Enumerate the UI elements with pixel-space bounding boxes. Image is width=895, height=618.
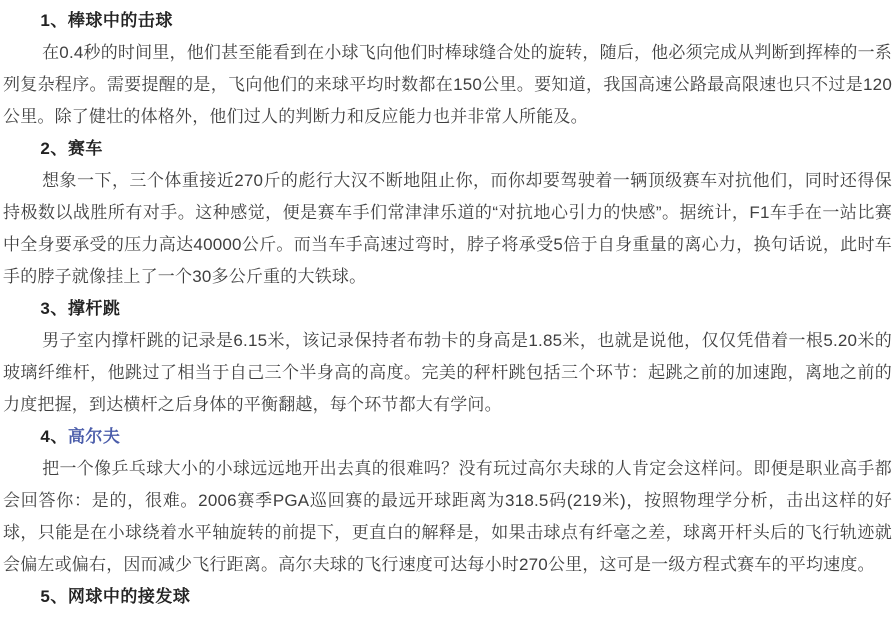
section-title: 撑杆跳 [68,299,121,318]
section-paragraph: 把一个像乒乓球大小的小球远远地开出去真的很难吗？没有玩过高尔夫球的人肯定会这样问… [3,453,892,581]
section-racing: 2、赛车 想象一下，三个体重接近270斤的彪行大汉不断地阻止你，而你却要驾驶着一… [3,133,892,293]
section-tennis: 5、网球中的接发球 [3,581,892,613]
section-title: 棒球中的击球 [68,11,173,30]
section-title: 网球中的接发球 [68,587,191,606]
section-paragraph: 在0.4秒的时间里，他们甚至能看到在小球飞向他们时棒球缝合处的旋转，随后，他必须… [3,37,892,133]
section-heading: 4、高尔夫 [3,421,892,453]
section-number: 4、 [40,427,67,446]
section-pole-vault: 3、撑杆跳 男子室内撑杆跳的记录是6.15米，该记录保持者布勃卡的身高是1.85… [3,293,892,421]
section-title: 赛车 [68,139,103,158]
section-baseball: 1、棒球中的击球 在0.4秒的时间里，他们甚至能看到在小球飞向他们时棒球缝合处的… [3,5,892,133]
section-paragraph: 想象一下，三个体重接近270斤的彪行大汉不断地阻止你，而你却要驾驶着一辆顶级赛车… [3,165,892,293]
article-body: 1、棒球中的击球 在0.4秒的时间里，他们甚至能看到在小球飞向他们时棒球缝合处的… [0,0,895,613]
section-number: 5、 [40,587,67,606]
section-heading: 3、撑杆跳 [3,293,892,325]
section-heading: 1、棒球中的击球 [3,5,892,37]
golf-title-link[interactable]: 高尔夫 [68,427,121,446]
section-heading: 5、网球中的接发球 [3,581,892,613]
section-paragraph: 男子室内撑杆跳的记录是6.15米，该记录保持者布勃卡的身高是1.85米，也就是说… [3,325,892,421]
section-golf: 4、高尔夫 把一个像乒乓球大小的小球远远地开出去真的很难吗？没有玩过高尔夫球的人… [3,421,892,581]
section-number: 3、 [40,299,67,318]
section-heading: 2、赛车 [3,133,892,165]
section-number: 2、 [40,139,67,158]
section-number: 1、 [40,11,67,30]
